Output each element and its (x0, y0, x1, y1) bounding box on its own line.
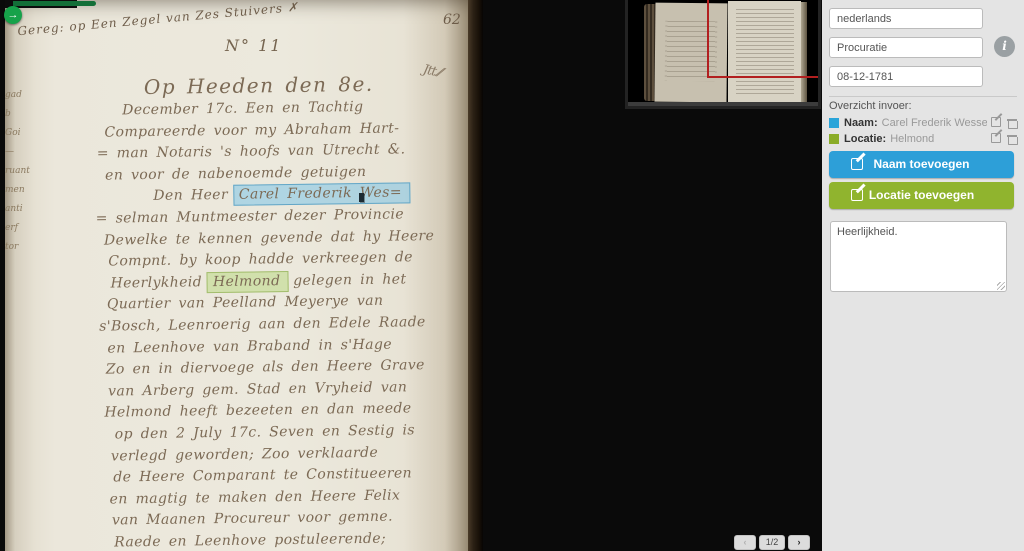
remarks-textarea[interactable]: Heerlijkheid. (830, 221, 1007, 292)
edit-icon (851, 189, 863, 201)
facing-page-text-fragment: gad (5, 86, 35, 105)
mouse-cursor (359, 193, 364, 202)
language-field[interactable] (829, 8, 983, 29)
date-field[interactable] (829, 66, 983, 87)
arrow-right-icon: → (8, 9, 19, 21)
thumbnail-bottom-edge (628, 102, 818, 106)
edit-icon[interactable] (991, 117, 1001, 127)
entry-label: Naam: (844, 117, 878, 129)
entry-label: Locatie: (844, 133, 886, 145)
facing-page-text-fragment: men (5, 181, 35, 200)
facing-page-fragments: gadbGoi—ruantmenantierftor (5, 86, 35, 257)
facing-page-text-fragment: erf (5, 219, 35, 238)
trash-icon[interactable] (1007, 117, 1017, 128)
facing-page-text-fragment: b (5, 105, 35, 124)
facing-page-text-fragment: Goi (5, 124, 35, 143)
facing-page-text-fragment: tor (5, 238, 35, 257)
folio-number: 62 (443, 12, 461, 28)
entry-panel: i Overzicht invoer: Naam: Carel Frederik… (822, 0, 1024, 551)
previous-page-button[interactable]: ‹ (734, 535, 756, 550)
naam-color-swatch (829, 118, 839, 128)
edit-icon (851, 158, 863, 170)
locatie-color-swatch (829, 134, 839, 144)
overview-entry-locatie: Locatie: Helmond (829, 132, 1017, 145)
entry-value: Helmond (890, 133, 987, 145)
entity-highlight-locatie[interactable]: Helmond (207, 271, 289, 293)
edit-icon[interactable] (991, 133, 1001, 143)
sidebar-toggle-bar (13, 1, 96, 6)
facing-page-text-fragment: — (5, 143, 35, 162)
add-location-button[interactable]: Locatie toevoegen (829, 182, 1014, 209)
book-fore-edge (468, 0, 483, 551)
manuscript-page-scan[interactable]: gadbGoi—ruantmenantierftor Gereg: op Een… (5, 0, 468, 551)
page-pagination: ‹ 1/2 › (734, 535, 810, 550)
manuscript-lines: Op Heeden den 8e.December 17c. Een en Ta… (102, 67, 481, 551)
overview-entry-naam: Naam: Carel Frederik Wesselman (829, 116, 1017, 129)
manuscript-line: Op Heeden den 8e. (144, 67, 474, 102)
next-page-button[interactable]: › (788, 535, 810, 550)
facing-page-text-fragment: anti (5, 200, 35, 219)
viewport-indicator[interactable] (707, 0, 818, 78)
resize-grip-icon[interactable] (997, 282, 1005, 290)
document-viewer[interactable]: gadbGoi—ruantmenantierftor Gereg: op Een… (0, 0, 630, 551)
facing-page-text-fragment: ruant (5, 162, 35, 181)
panel-divider (829, 96, 1017, 97)
deed-number: N° 11 (225, 36, 282, 55)
entry-value: Carel Frederik Wesselman (882, 117, 987, 129)
thumbnail-navigator[interactable] (628, 0, 818, 106)
trash-icon[interactable] (1007, 133, 1017, 144)
overview-title: Overzicht invoer: (829, 100, 912, 112)
entity-highlight-naam[interactable]: Carel Frederik Wes= (233, 183, 410, 206)
page-indicator: 1/2 (759, 535, 785, 550)
info-icon[interactable]: i (994, 36, 1015, 57)
add-name-button[interactable]: Naam toevoegen (829, 151, 1014, 178)
document-type-field[interactable] (829, 37, 983, 58)
expand-sidebar-button[interactable]: → (4, 6, 22, 24)
